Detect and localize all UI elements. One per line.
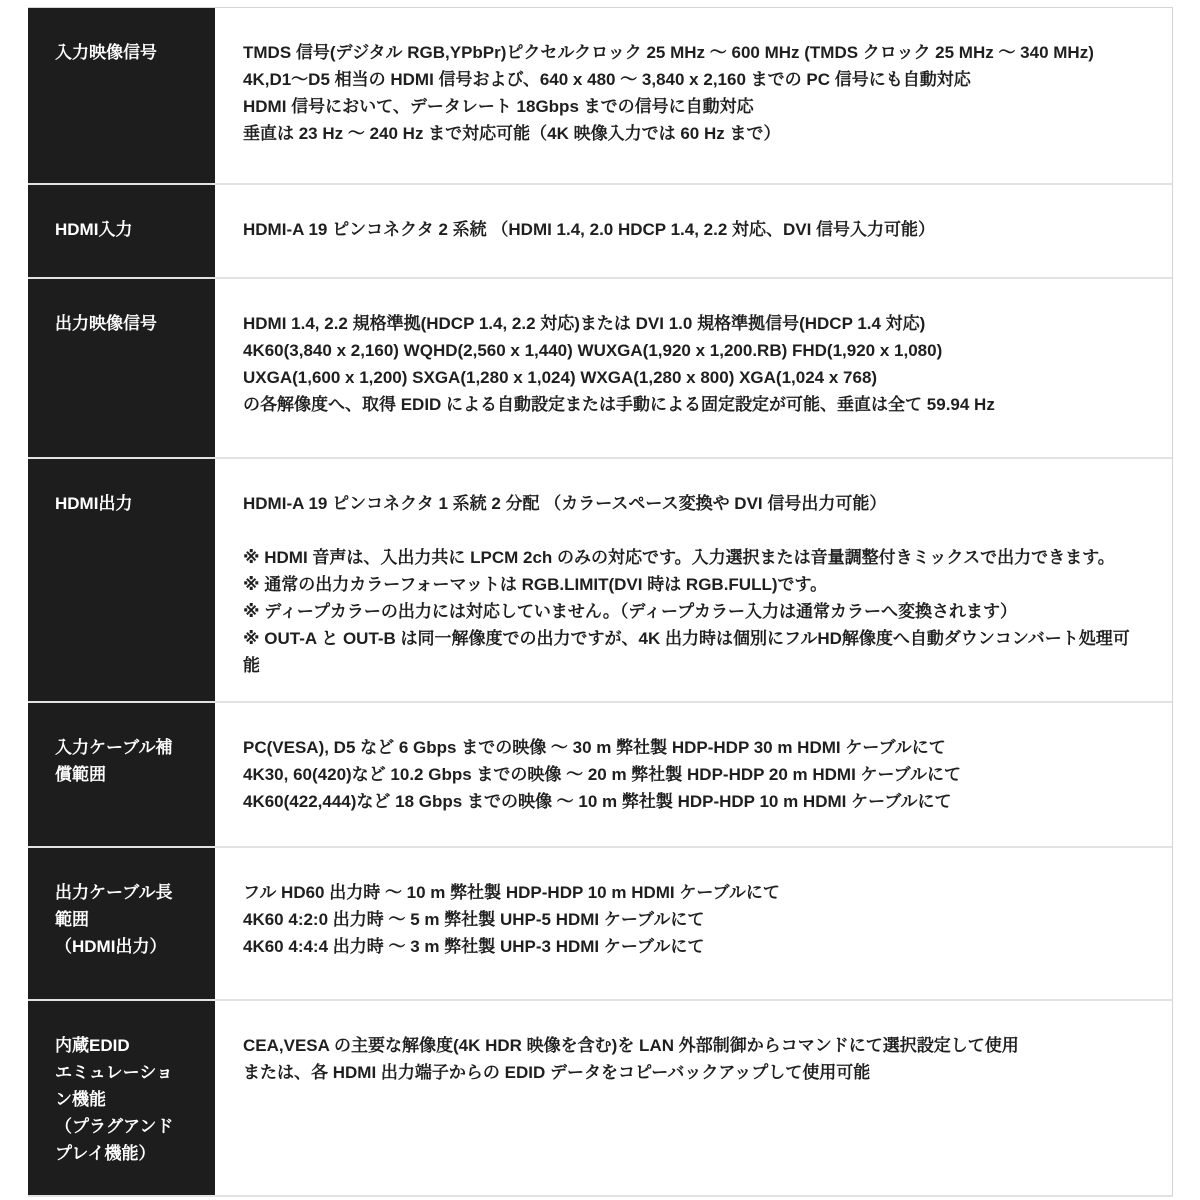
row-value-hdmi-input: HDMI-A 19 ピンコネクタ 2 系統 （HDMI 1.4, 2.0 HDC…	[215, 185, 1172, 277]
row-output-video-signal: 出力映像信号 HDMI 1.4, 2.2 規格準拠(HDCP 1.4, 2.2 …	[28, 277, 1172, 457]
row-label-built-in-edid-emulation: 内蔵EDID エミュレーショ ン機能 （プラグアンド プレイ機能）	[28, 1001, 215, 1195]
row-label-hdmi-output: HDMI出力	[28, 459, 215, 701]
row-hdmi-input: HDMI入力 HDMI-A 19 ピンコネクタ 2 系統 （HDMI 1.4, …	[28, 183, 1172, 277]
row-output-cable-length-range: 出力ケーブル長 範囲 （HDMI出力） フル HD60 出力時 ～ 10 m 弊…	[28, 846, 1172, 999]
spec-table: 入力映像信号 TMDS 信号(デジタル RGB,YPbPr)ピクセルクロック 2…	[28, 7, 1173, 1197]
row-built-in-edid-emulation: 内蔵EDID エミュレーショ ン機能 （プラグアンド プレイ機能） CEA,VE…	[28, 999, 1172, 1195]
row-value-output-video-signal: HDMI 1.4, 2.2 規格準拠(HDCP 1.4, 2.2 対応)または …	[215, 279, 1172, 457]
row-label-input-video-signal: 入力映像信号	[28, 8, 215, 183]
row-label-output-cable-length-range: 出力ケーブル長 範囲 （HDMI出力）	[28, 848, 215, 999]
row-label-output-video-signal: 出力映像信号	[28, 279, 215, 457]
row-label-input-cable-compensation-range: 入力ケーブル補 償範囲	[28, 703, 215, 846]
row-input-video-signal: 入力映像信号 TMDS 信号(デジタル RGB,YPbPr)ピクセルクロック 2…	[28, 8, 1172, 183]
row-value-input-video-signal: TMDS 信号(デジタル RGB,YPbPr)ピクセルクロック 25 MHz ～…	[215, 8, 1172, 183]
row-value-input-cable-compensation-range: PC(VESA), D5 など 6 Gbps までの映像 ～ 30 m 弊社製 …	[215, 703, 1172, 846]
row-value-output-cable-length-range: フル HD60 出力時 ～ 10 m 弊社製 HDP-HDP 10 m HDMI…	[215, 848, 1172, 999]
row-hdmi-output: HDMI出力 HDMI-A 19 ピンコネクタ 1 系統 2 分配 （カラースペ…	[28, 457, 1172, 701]
row-label-hdmi-input: HDMI入力	[28, 185, 215, 277]
row-value-built-in-edid-emulation: CEA,VESA の主要な解像度(4K HDR 映像を含む)を LAN 外部制御…	[215, 1001, 1172, 1195]
row-value-hdmi-output: HDMI-A 19 ピンコネクタ 1 系統 2 分配 （カラースペース変換や D…	[215, 459, 1172, 701]
row-input-cable-compensation-range: 入力ケーブル補 償範囲 PC(VESA), D5 など 6 Gbps までの映像…	[28, 701, 1172, 846]
